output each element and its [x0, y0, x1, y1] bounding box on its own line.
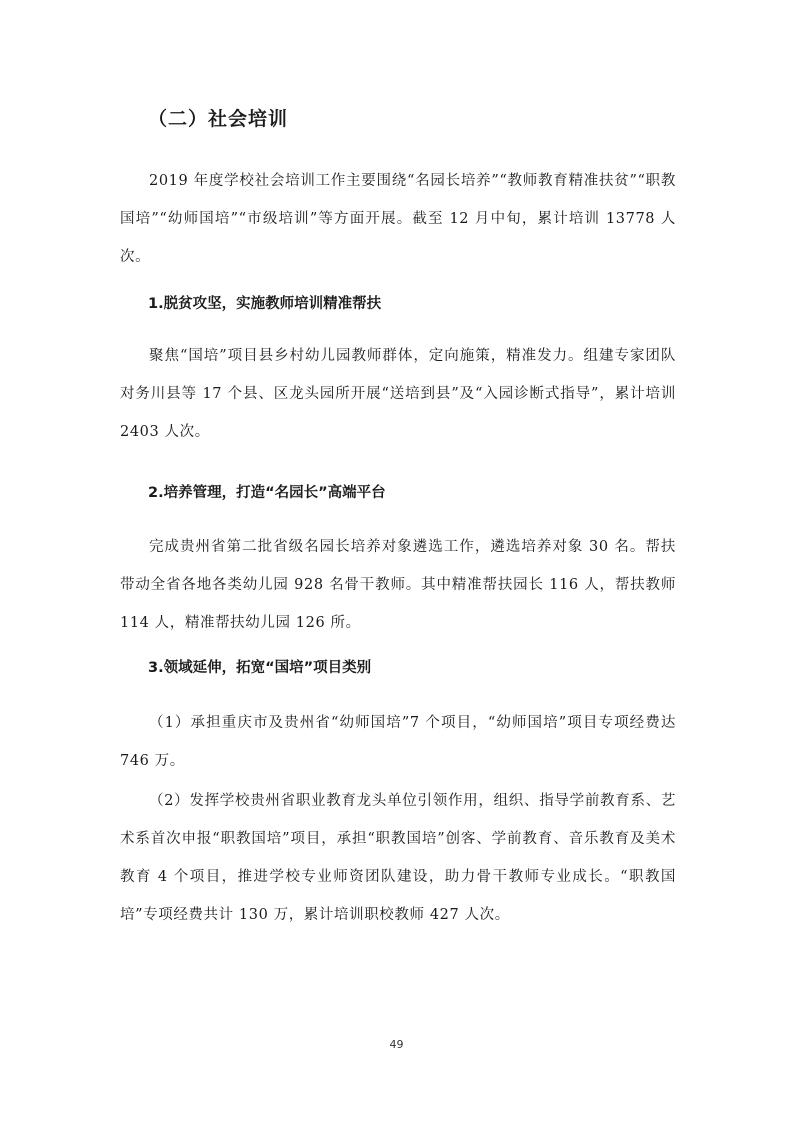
intro-paragraph: 2019 年度学校社会培训工作主要围绕“名园长培养”“教师教育精准扶贫”“职教国… — [120, 162, 676, 276]
subsection-3-paragraph-2: （2）发挥学校贵州省职业教育龙头单位引领作用，组织、指导学前教育系、艺术系首次申… — [120, 782, 676, 934]
subsection-1-paragraph: 聚焦“国培”项目县乡村幼儿园教师群体，定向施策，精准发力。组建专家团队对务川县等… — [120, 337, 676, 451]
subsection-2-paragraph: 完成贵州省第二批省级名园长培养对象遴选工作，遴选培养对象 30 名。帮扶带动全省… — [120, 528, 676, 642]
section-title: （二）社会培训 — [148, 104, 288, 131]
page-number: 49 — [0, 1038, 793, 1051]
subsection-heading-2: 2.培养管理，打造“名园长”高端平台 — [148, 481, 386, 502]
subsection-3-paragraph-1: （1）承担重庆市及贵州省“幼师国培”7 个项目，“幼师国培”项目专项经费达 74… — [120, 704, 676, 780]
subsection-heading-3: 3.领域延伸，拓宽“国培”项目类别 — [148, 656, 371, 677]
document-page: （二）社会培训 2019 年度学校社会培训工作主要围绕“名园长培养”“教师教育精… — [0, 0, 793, 1122]
subsection-heading-1: 1.脱贫攻坚，实施教师培训精准帮扶 — [148, 292, 381, 313]
